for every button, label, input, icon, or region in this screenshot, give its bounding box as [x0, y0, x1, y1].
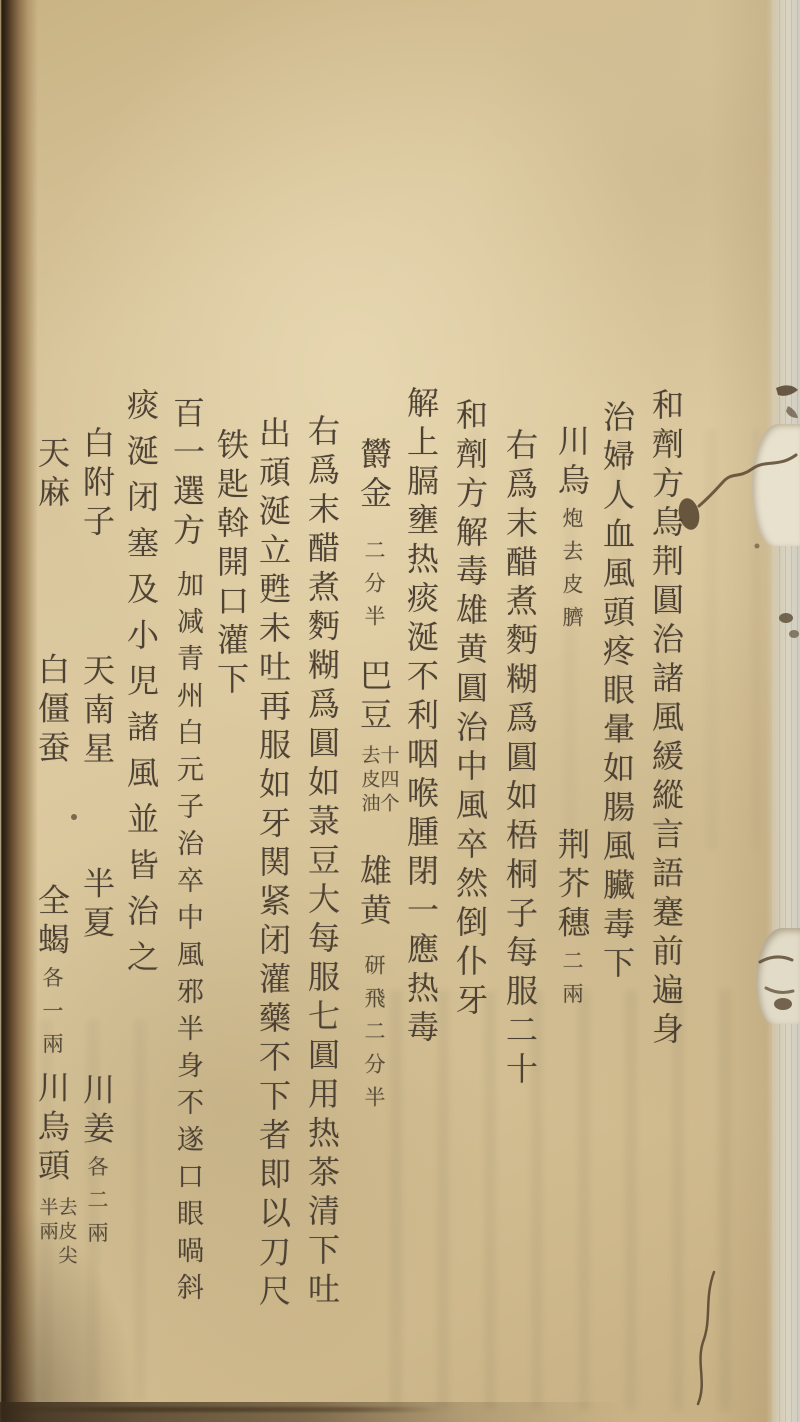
- drug-note: 半兩: [38, 1197, 57, 1269]
- text-column-13: 白附子 天南星 半夏 川姜 各二兩: [77, 426, 117, 1255]
- formula-heading: 和劑方烏荆圓治諸風緩縱言語蹇前遍身: [647, 388, 685, 1051]
- drug-name: 天南星: [78, 653, 116, 770]
- drug-dose: 二分半: [362, 539, 386, 638]
- spacer: [373, 643, 375, 653]
- formula-heading: 和劑方解毒雄黄圓治中風卒然倒仆牙: [451, 398, 489, 1022]
- drug-name: 川姜: [78, 1073, 116, 1151]
- drug-note-two-col: 十四个 去皮油: [360, 745, 398, 817]
- text-column-7: 欝金 二分半 巴豆 十四个 去皮油 雄黄 研飛二分半: [354, 437, 398, 1119]
- text-column-12: 痰涎闭塞及小児諸風並皆治之: [121, 388, 161, 986]
- text-column-14: 天麻 白僵蚕 全蝎 各一兩 川烏頭 去皮尖 半兩: [32, 436, 76, 1273]
- manuscript-scan: 和劑方烏荆圓治諸風緩縱言語蹇前遍身 治婦人血風頭疼眼暈如腸風臟毒下 川烏 炮去皮…: [0, 0, 800, 1422]
- text-column-11: 百一選方 加减青州白元子治卒中風邪半身不遂口眼喎斜: [167, 396, 207, 1310]
- indication-text: 治婦人血風頭疼眼暈如腸風臟毒下: [598, 400, 636, 985]
- spacer: [373, 827, 375, 849]
- drug-name: 巴豆: [355, 658, 393, 736]
- drug-name: 雄黄: [355, 854, 393, 932]
- drug-dose: 各二兩: [85, 1156, 109, 1255]
- text-column-1: 和劑方烏荆圓治諸風緩縱言語蹇前遍身: [646, 388, 686, 1051]
- spacer: [96, 949, 98, 1067]
- spacer: [373, 520, 375, 534]
- text-column-4: 右爲末醋煮麪糊爲圓如梧桐子每服二十: [500, 428, 540, 1091]
- manuscript-text: 和劑方烏荆圓治諸風緩縱言語蹇前遍身 治婦人血風頭疼眼暈如腸風臟毒下 川烏 炮去皮…: [0, 0, 800, 1422]
- drug-name: 荆芥穗: [553, 827, 591, 944]
- drug-note: 研飛二分半: [362, 954, 386, 1119]
- instruction-text: 出頑涎立甦未吐再服如牙関紧闭灌藥不下者即以刀尺: [254, 416, 292, 1313]
- text-column-9: 出頑涎立甦未吐再服如牙関紧闭灌藥不下者即以刀尺: [253, 416, 293, 1313]
- preparation-text: 右爲末醋煮麪糊爲圓如菉豆大每服七圓用热茶清下吐: [303, 414, 341, 1311]
- spacer: [51, 519, 53, 647]
- drug-name: 白僵蚕: [33, 652, 71, 769]
- drug-name: 川烏頭: [33, 1071, 71, 1188]
- drug-name: 白附子: [78, 426, 116, 543]
- text-column-6: 解上膈壅热痰涎不利咽喉腫閉一應热毒: [401, 386, 441, 1049]
- indication-text: 解上膈壅热痰涎不利咽喉腫閉一應热毒: [402, 386, 440, 1049]
- spacer: [186, 557, 188, 565]
- drug-name: 天麻: [33, 436, 71, 514]
- spacer: [96, 775, 98, 861]
- drug-note: 炮去皮臍: [560, 507, 584, 639]
- text-column-8: 右爲末醋煮麪糊爲圓如菉豆大每服七圓用热茶清下吐: [302, 414, 342, 1311]
- spacer: [96, 548, 98, 648]
- drug-name: 全蝎: [33, 883, 71, 961]
- text-column-10: 铁匙斡開口灌下: [211, 428, 251, 701]
- indication-text: 痰涎闭塞及小児諸風並皆治之: [122, 388, 160, 986]
- instruction-text: 铁匙斡開口灌下: [212, 428, 250, 701]
- spacer: [571, 644, 573, 822]
- drug-name: 欝金: [355, 437, 393, 515]
- drug-note: 去皮尖: [57, 1197, 76, 1269]
- drug-name: 川烏: [553, 424, 591, 502]
- drug-name: 半夏: [78, 866, 116, 944]
- drug-note: 十四个: [379, 745, 398, 817]
- text-column-5: 和劑方解毒雄黄圓治中風卒然倒仆牙: [450, 398, 490, 1022]
- formula-heading: 加减青州白元子治卒中風邪半身不遂口眼喎斜: [172, 570, 203, 1310]
- drug-note: 去皮油: [360, 745, 379, 817]
- source-title: 百一選方: [168, 396, 206, 552]
- spacer: [373, 937, 375, 949]
- preparation-text: 右爲末醋煮麪糊爲圓如梧桐子每服二十: [501, 428, 539, 1091]
- drug-note-two-col: 去皮尖 半兩: [38, 1197, 76, 1269]
- text-column-2: 治婦人血風頭疼眼暈如腸風臟毒下: [597, 400, 637, 985]
- text-column-3: 川烏 炮去皮臍 荆芥穗 二兩: [552, 424, 592, 1015]
- spacer: [51, 774, 53, 878]
- drug-dose: 各一兩: [40, 966, 64, 1065]
- drug-dose: 二兩: [560, 949, 584, 1015]
